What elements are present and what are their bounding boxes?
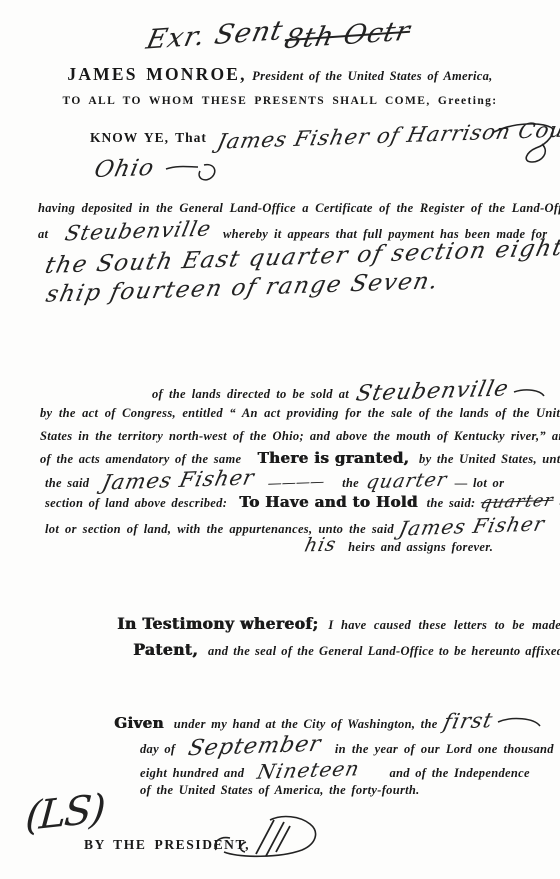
quarter-1-handwritten: quarter [364, 469, 449, 494]
pen-flourish-icon [164, 159, 220, 185]
heirs-text: heirs and assigns forever. [348, 540, 493, 554]
the-label: the [342, 476, 359, 490]
salutation-text: TO ALL TO WHOM THESE PRESENTS SHALL COME… [62, 95, 497, 107]
act-text-2: States in the territory north-west of th… [40, 429, 560, 443]
day-of-label: day of [140, 742, 175, 756]
tract-text-2: ship fourteen of range Seven. [44, 268, 442, 308]
grantee-name-2-handwritten: James Fisher [100, 465, 257, 494]
testimony-text: I have caused these letters to be made [328, 618, 560, 632]
to-have-and-to-hold-gothic: To Have and to Hold [239, 493, 418, 511]
docket-annotation-prefix: Exr. Sent [143, 15, 286, 55]
in-testimony-gothic: In Testimony whereof; [117, 614, 318, 633]
salutation-line: TO ALL TO WHOM THESE PRESENTS SHALL COME… [0, 91, 560, 109]
given-line-2: day of September in the year of our Lord… [140, 734, 554, 759]
president-header: JAMES MONROE, President of the United St… [0, 64, 560, 85]
seal-mark-text: (LS) [24, 786, 105, 840]
grantee-grant-line: the said James Fisher ———— the quarter —… [45, 468, 504, 492]
heirs-line: his heirs and assigns forever. [305, 534, 493, 556]
tract-description-line-1: the South East quarter of section eight … [48, 242, 560, 268]
president-signature-icon [210, 812, 322, 862]
seal-mark: (LS) [26, 790, 103, 836]
independence-text: and of the Independence [389, 766, 529, 780]
act-line-1: by the act of Congress, entitled “ An ac… [40, 404, 560, 422]
quarter-2-handwritten: quarter [479, 491, 556, 514]
month-handwritten: September [186, 732, 324, 762]
year-phrase-text: in the year of our Lord one thousand [335, 742, 554, 756]
given-line-4: of the United States of America, the for… [140, 781, 420, 799]
final-line-text: of the United States of America, the for… [140, 783, 420, 797]
pen-flourish-icon [492, 118, 556, 166]
know-ye-label: KNOW YE, That [90, 130, 207, 145]
docket-annotation: Exr. Sent 8th Octr [148, 20, 409, 51]
eight-hundred-label: eight hundred and [140, 766, 244, 780]
act-text-3-pre: of the acts amendatory of the same [40, 452, 241, 466]
act-text-1: by the act of Congress, entitled “ An ac… [40, 406, 560, 420]
patent-gothic: Patent, [133, 640, 198, 659]
given-line-1: Given under my hand at the City of Washi… [114, 709, 542, 734]
president-title: President of the United States of Americ… [247, 69, 493, 83]
his-handwritten: his [303, 533, 339, 556]
grantee-state-handwritten: Ohio [92, 155, 157, 183]
given-text: under my hand at the City of Washington,… [174, 717, 438, 731]
year-word-handwritten: Nineteen [255, 756, 362, 784]
grantee-state-line: Ohio [95, 156, 220, 185]
patent-text: and the seal of the General Land-Office … [208, 644, 560, 658]
docket-annotation-suffix: 8th Octr [281, 16, 413, 56]
lot-or-label: — lot or [455, 476, 504, 490]
land-patent-document: Exr. Sent 8th Octr JAMES MONROE, Preside… [0, 0, 560, 879]
habendum-line: section of land above described: To Have… [45, 492, 560, 512]
deposit-text-1: having deposited in the General Land-Off… [38, 201, 560, 215]
sold-at-place-handwritten: Steubenville [354, 376, 512, 406]
act-line-2: States in the territory north-west of th… [40, 427, 560, 445]
testimony-line-2: Patent, and the seal of the General Land… [133, 640, 560, 660]
tract-description-line-2: ship fourteen of range Seven. [48, 275, 437, 301]
deposit-line-1: having deposited in the General Land-Off… [38, 199, 560, 217]
section-described-label: section of land above described: [45, 496, 227, 510]
pen-flourish-icon [496, 714, 542, 734]
president-name: JAMES MONROE, [67, 64, 246, 84]
given-line-3: eight hundred and Nineteen and of the In… [140, 758, 530, 782]
day-word-handwritten: first [441, 708, 495, 734]
the-said-2-label: the said: [427, 496, 476, 510]
pen-flourish-icon [512, 386, 546, 402]
handwritten-dash: ———— [266, 474, 326, 492]
there-is-granted-gothic: There is granted, [257, 449, 409, 467]
the-said-label: the said [45, 476, 89, 490]
testimony-line-1: In Testimony whereof; I have caused thes… [117, 614, 560, 634]
act-line-3: of the acts amendatory of the same There… [40, 449, 560, 468]
act-text-3-post: by the United States, unto [419, 452, 560, 466]
sold-at-label: of the lands directed to be sold at [152, 387, 349, 401]
at-label: at [38, 227, 48, 241]
sold-at-line: of the lands directed to be sold at Steu… [152, 379, 546, 404]
know-ye-line: KNOW YE, That James Fisher of Harrison C… [90, 123, 560, 147]
given-gothic: Given [114, 714, 164, 732]
